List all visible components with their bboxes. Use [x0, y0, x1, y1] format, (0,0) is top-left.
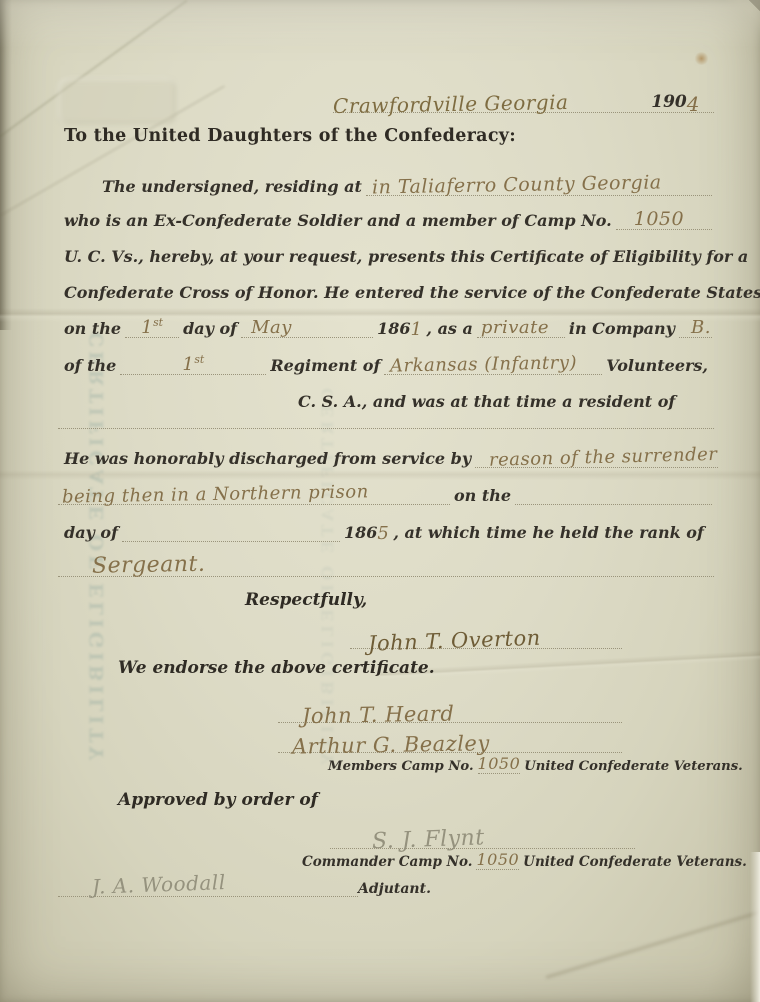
- service-rank-handwriting: private: [477, 317, 549, 338]
- service-company-printed: in Company: [565, 319, 679, 338]
- line-service: on the 1st day of May 186 1 , as a priva…: [64, 312, 712, 338]
- commander-printed-1: Commander Camp No.: [302, 854, 476, 870]
- service-year-printed: 186: [373, 319, 410, 338]
- regiment-of-printed: Regiment of: [266, 356, 384, 375]
- members-camp-no-handwriting: 1050: [478, 754, 521, 773]
- bleedthrough-label: CERTIFICATE OF ELIGIBILITY: [86, 332, 108, 764]
- discharge-day-of: day of: [64, 523, 122, 542]
- line-discharge-2: being then in a Northern prison on the: [58, 479, 712, 505]
- paper-edge-bottomright-sliver: [750, 852, 760, 1002]
- salutation: To the United Daughters of the Confedera…: [64, 126, 516, 146]
- line-cross: Confederate Cross of Honor. He entered t…: [64, 276, 712, 302]
- discharge-reason2-handwriting: being then in a Northern prison: [58, 481, 369, 507]
- discharge-reason-handwriting: reason of the surrender: [475, 444, 718, 471]
- discharge-year-handwriting: 5: [377, 523, 389, 544]
- service-as-a: , as a: [422, 319, 476, 338]
- regiment-number: 1: [182, 354, 194, 375]
- paper-band-top-light: [0, 0, 760, 48]
- residence-blank-rule: [58, 402, 714, 429]
- service-company-fill: B.: [679, 317, 712, 338]
- scanned-certificate-document: CERTIFICATE OF ELIGIBILITY CERTIFICATE O…: [0, 0, 760, 1002]
- discharge-date-fill: [515, 504, 712, 505]
- dateline-year-handwriting: 4: [687, 92, 700, 116]
- endorse-heading: We endorse the above certificate.: [118, 658, 435, 678]
- residence-fill: in Taliaferro County Georgia: [366, 174, 712, 196]
- regiment-name-handwriting: Arkansas (Infantry): [384, 352, 577, 376]
- adjutant-signature-fill: J. A. Woodall: [58, 873, 358, 897]
- endorse-signature-line-2: Arthur G. Beazley: [278, 720, 622, 753]
- main-signature-line: John T. Overton: [350, 614, 622, 649]
- service-month-fill: May: [241, 317, 373, 338]
- service-day-handwriting: 1st: [141, 316, 163, 338]
- paper-crease-topleft-2: [0, 85, 225, 217]
- members-printed-2: United Confederate Veterans.: [520, 759, 747, 774]
- service-day-number: 1: [141, 317, 153, 338]
- service-year-handwriting: 1: [410, 319, 422, 340]
- adjutant-row: J. A. Woodall Adjutant.: [58, 871, 478, 897]
- commander-line: Commander Camp No. 1050 United Confedera…: [302, 848, 712, 870]
- adjutant-signature-handwriting: J. A. Woodall: [58, 870, 226, 900]
- commander-camp-no-fill: 1050: [476, 850, 519, 870]
- regiment-of-the: of the: [64, 356, 120, 375]
- residence-handwriting: in Taliaferro County Georgia: [366, 171, 662, 198]
- service-day-of: day of: [179, 319, 241, 338]
- camp-no-fill: 1050: [616, 208, 712, 230]
- discharge-reason2-fill: being then in a Northern prison: [58, 484, 450, 505]
- paper-stain-rust-topright: [694, 52, 709, 65]
- dateline-year-printed: 190: [651, 92, 687, 112]
- line-ucv: U. C. Vs., hereby, at your request, pres…: [64, 240, 712, 266]
- dateline-place-handwriting: Crawfordville Georgia: [333, 90, 569, 118]
- regiment-name-fill: Arkansas (Infantry): [384, 354, 602, 375]
- regiment-number-suffix: st: [194, 353, 204, 366]
- service-month-handwriting: May: [241, 317, 292, 338]
- discharge-month-fill: [122, 541, 340, 542]
- held-rank-handwriting: Sergeant.: [58, 552, 206, 580]
- line-undersigned: The undersigned, residing at in Taliafer…: [64, 170, 712, 196]
- line-discharge-3: day of 186 5 , at which time he held the…: [64, 516, 712, 542]
- line-discharge-1: He was honorably discharged from service…: [64, 442, 712, 468]
- members-camp-no-fill: 1050: [478, 754, 521, 774]
- ucv-printed: U. C. Vs., hereby, at your request, pres…: [64, 247, 748, 266]
- held-rank-fill: Sergeant.: [58, 553, 714, 577]
- members-printed-1: Members Camp No.: [328, 759, 478, 774]
- discharge-rank-printed: , at which time he held the rank of: [389, 523, 708, 542]
- service-company-handwriting: B.: [679, 317, 711, 338]
- paper-emboss-seal: [58, 78, 176, 124]
- commander-signature-line: S. J. Flynt: [330, 814, 635, 849]
- regiment-no-handwriting: 1st: [182, 353, 204, 375]
- respectfully-label: Respectfully,: [245, 590, 367, 610]
- endorse-signature-line-1: John T. Heard: [278, 690, 622, 723]
- service-rank-fill: private: [477, 317, 565, 338]
- service-day-suffix: st: [153, 316, 163, 329]
- main-signature-handwriting: John T. Overton: [350, 626, 541, 657]
- adjutant-label: Adjutant.: [358, 881, 431, 897]
- cross-printed: Confederate Cross of Honor. He entered t…: [64, 283, 760, 302]
- service-on-the: on the: [64, 319, 125, 338]
- discharge-on-the: on the: [450, 486, 515, 505]
- undersigned-printed: The undersigned, residing at: [98, 177, 366, 196]
- commander-printed-2: United Confederate Veterans.: [519, 854, 751, 870]
- regiment-volunteers: Volunteers,: [602, 356, 712, 375]
- regiment-no-fill: 1st: [120, 353, 266, 375]
- discharged-printed: He was honorably discharged from service…: [64, 449, 475, 468]
- camp-no-handwriting: 1050: [616, 208, 684, 230]
- line-member: who is an Ex-Confederate Soldier and a m…: [64, 204, 712, 230]
- members-line: Members Camp No. 1050 United Confederate…: [328, 752, 712, 774]
- service-day-fill: 1st: [125, 316, 179, 338]
- paper-crease-topleft: [0, 0, 188, 142]
- discharge-reason-fill: reason of the surrender: [475, 447, 717, 468]
- member-printed: who is an Ex-Confederate Soldier and a m…: [64, 211, 616, 230]
- commander-camp-no-handwriting: 1050: [476, 850, 519, 869]
- dateline-row: Crawfordville Georgia 190 4: [333, 86, 714, 113]
- paper-crease-right: [380, 650, 760, 680]
- paper-corner-topright-curl: [714, 0, 760, 46]
- approved-heading: Approved by order of: [118, 790, 318, 810]
- line-discharge-4: Sergeant.: [58, 551, 714, 577]
- discharge-year-printed: 186: [340, 523, 377, 542]
- paper-edge-left: [0, 0, 12, 330]
- line-regiment: of the 1st Regiment of Arkansas (Infantr…: [64, 349, 712, 375]
- paper-crease-bottomright: [546, 894, 760, 979]
